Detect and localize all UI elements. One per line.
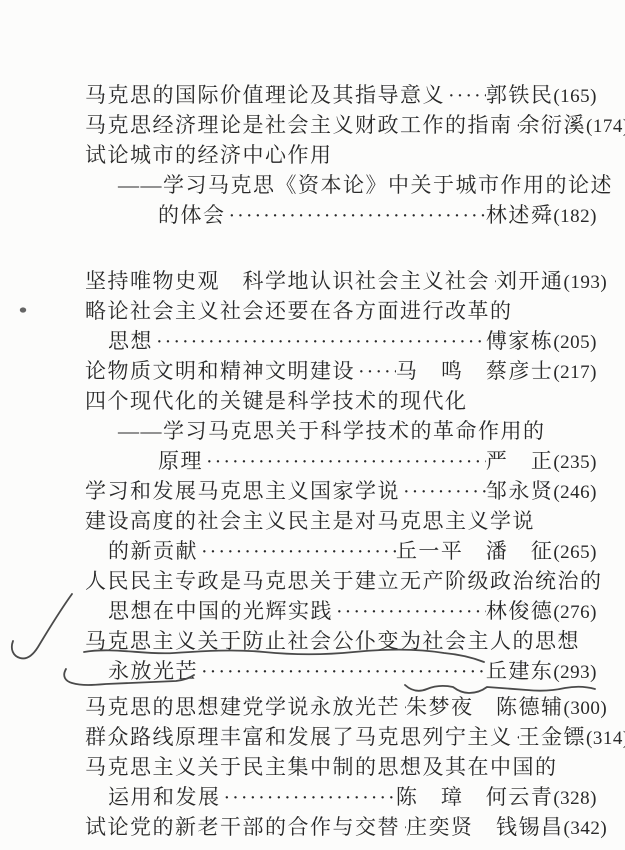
entry-page-number: (246) <box>553 478 597 508</box>
entry-title: 群众路线原理丰富和发展了马克思列宁主义 <box>85 722 513 752</box>
entry-title: 原理 <box>158 446 203 476</box>
entry-title: 坚持唯物史观 科学地认识社会主义社会 <box>85 266 490 296</box>
toc-entry-row: ——学习马克思《资本论》中关于城市作用的论述 <box>85 170 597 200</box>
toc-entry-row: 试论城市的经济中心作用 <box>85 140 597 170</box>
toc-entry-row: 的新贡献 ···································… <box>85 536 597 566</box>
entry-authors: 林俊德 <box>486 596 554 626</box>
entry-page-number: (293) <box>553 658 597 688</box>
toc-entry-row: 四个现代化的关键是科学技术的现代化 <box>85 386 597 416</box>
dot-leader: ········································… <box>333 597 486 627</box>
toc-entry-row: 马克思主义关于民主集中制的思想及其在中国的 <box>85 752 597 782</box>
entry-title: 运用和发展 <box>108 782 221 812</box>
dot-leader: ········································… <box>400 477 486 507</box>
toc-entry-row: 坚持唯物史观 科学地认识社会主义社会 ·····················… <box>85 266 597 296</box>
entry-title: 思想在中国的光辉实践 <box>108 596 333 626</box>
entry-page-number: (265) <box>553 538 597 568</box>
entry-title: 马克思主义关于民主集中制的思想及其在中国的 <box>85 752 558 782</box>
entry-title: 马克思经济理论是社会主义财政工作的指南 <box>85 110 513 140</box>
toc-entry-row: 思想 ·····································… <box>85 326 597 356</box>
dot-leader: ········································… <box>355 357 396 387</box>
dot-leader: ········································… <box>198 537 396 567</box>
entry-title: 试论党的新老干部的合作与交替 <box>85 812 400 842</box>
toc-entry-row: 马克思的思想建党学说永放光芒 ·························… <box>85 692 597 722</box>
toc-entry-row: 略论社会主义社会还要在各方面进行改革的 <box>85 296 597 326</box>
entry-title: 四个现代化的关键是科学技术的现代化 <box>85 386 468 416</box>
entry-authors: 王金镖 <box>519 722 587 752</box>
entry-authors: 林述舜 <box>486 200 554 230</box>
dot-leader: ········································… <box>203 447 486 477</box>
toc-entry-row: 的体会 ····································… <box>85 200 597 230</box>
entry-page-number: (314) <box>586 724 625 754</box>
toc-entry-row: 马克思经济理论是社会主义财政工作的指南 ····················… <box>85 110 597 140</box>
entry-page-number: (205) <box>553 328 597 358</box>
entry-page-number: (174) <box>586 112 625 142</box>
entry-title: 论物质文明和精神文明建设 <box>85 356 355 386</box>
entry-page-number: (182) <box>553 202 597 232</box>
entry-title: 学习和发展马克思主义国家学说 <box>85 476 400 506</box>
entry-title: 的新贡献 <box>108 536 198 566</box>
entry-page-number: (342) <box>564 814 608 844</box>
entry-title: ——学习马克思关于科学技术的革命作用的 <box>118 416 546 446</box>
dot-leader: ········································… <box>226 201 486 231</box>
entry-authors: 朱梦夜 陈德辅 <box>406 692 564 722</box>
toc-entry-row: 运用和发展 ··································… <box>85 782 597 812</box>
entry-title: 的体会 <box>158 200 226 230</box>
toc-entry-row: 马克思主义关于防止社会公仆变为社会主人的思想 <box>85 626 597 656</box>
toc-entry-row: 群众路线原理丰富和发展了马克思列宁主义 ····················… <box>85 722 597 752</box>
toc-entry-row: 人民民主专政是马克思关于建立无产阶级政治统治的 <box>85 566 597 596</box>
entry-authors: 郭铁民 <box>486 80 554 110</box>
toc-entry-row: 思想在中国的光辉实践 ·····························… <box>85 596 597 626</box>
entry-page-number: (217) <box>553 358 597 388</box>
entry-title: 人民民主专政是马克思关于建立无产阶级政治统治的 <box>85 566 603 596</box>
entry-authors: 严 正 <box>486 446 554 476</box>
entry-page-number: (193) <box>564 268 608 298</box>
entry-page-number: (165) <box>553 82 597 112</box>
entry-title: 思想 <box>108 326 153 356</box>
toc-entry-row: 建设高度的社会主义民主是对马克思主义学说 <box>85 506 597 536</box>
entry-authors: 马 鸣 蔡彦士 <box>396 356 554 386</box>
scanned-page: 马克思的国际价值理论及其指导意义 ·······················… <box>0 0 625 850</box>
toc-entry-row: ——学习马克思关于科学技术的革命作用的 <box>85 416 597 446</box>
entry-authors: 丘建东 <box>486 656 554 686</box>
toc-entry-row: 学习和发展马克思主义国家学说 ·························… <box>85 476 597 506</box>
entry-authors: 余衍溪 <box>519 110 587 140</box>
entry-page-number: (235) <box>553 448 597 478</box>
dot-leader: ········································… <box>198 657 486 687</box>
dot-leader: ········································… <box>445 81 486 111</box>
toc-entry-row: 永放光芒 ···································… <box>85 656 597 686</box>
entry-authors: 刘开通 <box>496 266 564 296</box>
dot-leader: ········································… <box>153 327 486 357</box>
toc-entry-row: 试论党的新老干部的合作与交替 ·························… <box>85 812 597 842</box>
entry-title: ——学习马克思《资本论》中关于城市作用的论述 <box>118 170 613 200</box>
entry-title: 试论城市的经济中心作用 <box>85 140 333 170</box>
entry-title: 永放光芒 <box>108 656 198 686</box>
entry-title: 略论社会主义社会还要在各方面进行改革的 <box>85 296 513 326</box>
entry-page-number: (300) <box>564 694 608 724</box>
toc-list: 马克思的国际价值理论及其指导意义 ·······················… <box>85 80 597 842</box>
entry-page-number: (276) <box>553 598 597 628</box>
entry-authors: 陈 璋 何云青 <box>396 782 554 812</box>
entry-authors: 邹永贤 <box>486 476 554 506</box>
entry-authors: 庄奕贤 钱锡昌 <box>406 812 564 842</box>
entry-title: 建设高度的社会主义民主是对马克思主义学说 <box>85 506 535 536</box>
entry-page-number: (328) <box>553 784 597 814</box>
entry-authors: 丘一平 潘 征 <box>396 536 554 566</box>
toc-entry-row: 论物质文明和精神文明建设 ···························… <box>85 356 597 386</box>
entry-authors: 傅家栋 <box>486 326 554 356</box>
entry-title: 马克思的思想建党学说永放光芒 <box>85 692 400 722</box>
toc-entry-row: 马克思的国际价值理论及其指导意义 ·······················… <box>85 80 597 110</box>
entry-title: 马克思主义关于防止社会公仆变为社会主人的思想 <box>85 626 580 656</box>
dot-leader: ········································… <box>221 783 396 813</box>
toc-entry-row: 原理 ·····································… <box>85 446 597 476</box>
entry-title: 马克思的国际价值理论及其指导意义 <box>85 80 445 110</box>
